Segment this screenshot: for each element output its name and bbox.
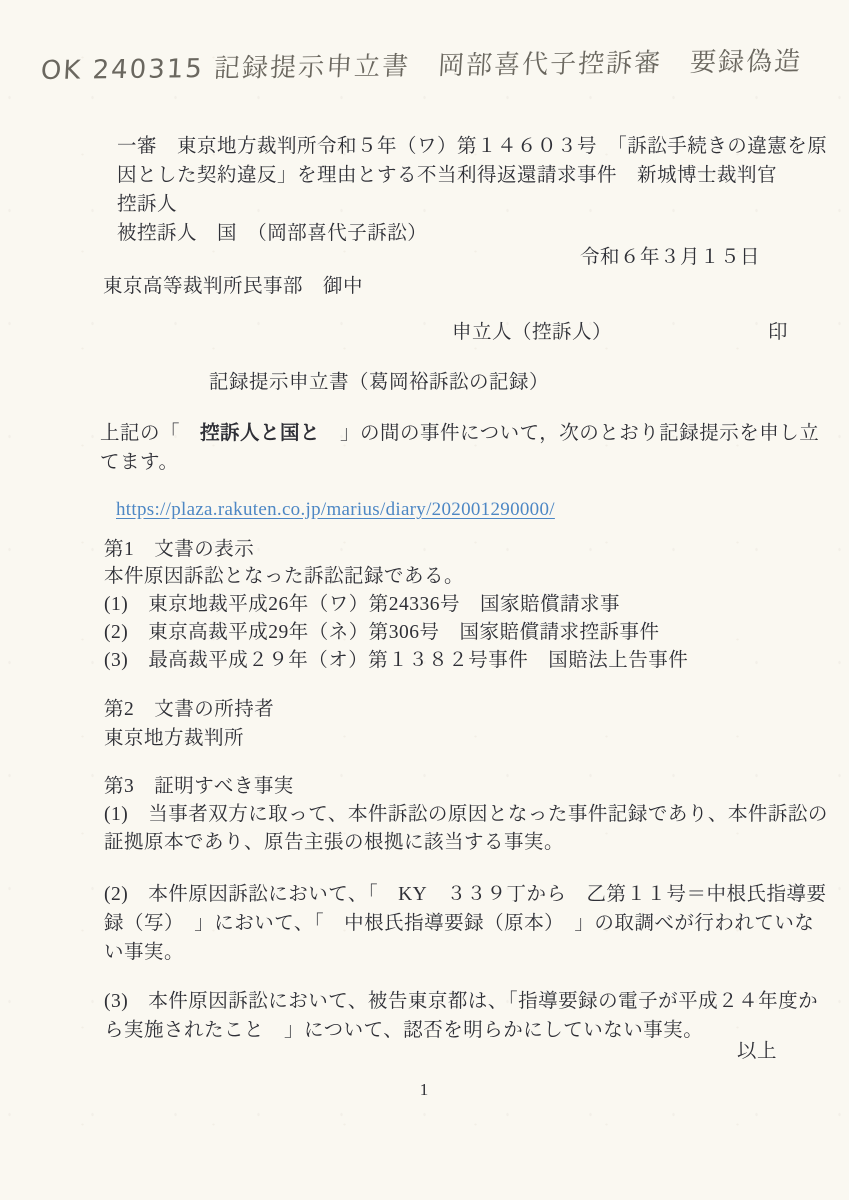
intro-emphasis-parties: 控訴人と国と (200, 423, 320, 444)
seal-placeholder: 印 (768, 318, 788, 347)
intro-paragraph: 上記の「 控訴人と国と 」の間の事件について，次のとおり記録提示を申し立 てます… (100, 419, 819, 477)
section-1-item-1: (1) 東京地裁平成26年（ワ）第24336号 国家賠償請求事 (104, 591, 620, 619)
section-3-heading: 第3 証明すべき事実 (104, 773, 294, 801)
section-1-heading: 第1 文書の表示 (104, 536, 254, 564)
applicant-label: 申立人（控訴人） (452, 318, 612, 347)
document-title: 記録提示申立書（葛岡裕訴訟の記録） (209, 368, 549, 397)
section-2-heading: 第2 文書の所持者 (104, 695, 274, 724)
document-date: 令和６年３月１５日 (0, 243, 849, 272)
page-number: 1 (0, 1080, 849, 1100)
section-1-item-2: (2) 東京高裁平成29年（ネ）第306号 国家賠償請求控訴事件 (104, 619, 660, 647)
section-1-item-3: (3) 最高裁平成２９年（オ）第１３８２号事件 国賠法上告事件 (104, 647, 688, 675)
intro-prefix: 上記の「 (100, 423, 200, 444)
section-2-body: 東京地方裁判所 (104, 724, 244, 753)
scanned-legal-document-page: OK 240315 記録提示申立書 岡部喜代子控訴審 要録偽造 一審 東京地方裁… (0, 0, 849, 1200)
diary-link[interactable]: https://plaza.rakuten.co.jp/marius/diary… (116, 499, 555, 520)
handwritten-note: OK 240315 記録提示申立書 岡部喜代子控訴審 要録偽造 (40, 41, 803, 87)
section-3-item-1: (1) 当事者双方に取って、本件訴訟の原因となった事件記録であり、本件訴訟の 証… (104, 801, 828, 857)
section-3-item-2: (2) 本件原因訴訟において、「 KY ３３９丁から 乙第１１号＝中根氏指導要 … (104, 880, 827, 967)
closing-word: 以上 (0, 1037, 849, 1066)
section-1-body: 本件原因訴訟となった訴訟記録である。 (104, 563, 464, 591)
url-line: https://plaza.rakuten.co.jp/marius/diary… (100, 481, 555, 539)
addressee-line: 東京高等裁判所民事部 御中 (103, 272, 363, 301)
case-caption: 一審 東京地方裁判所令和５年（ワ）第１４６０３号 「訴訟手続きの違憲を原 因とし… (117, 132, 827, 248)
